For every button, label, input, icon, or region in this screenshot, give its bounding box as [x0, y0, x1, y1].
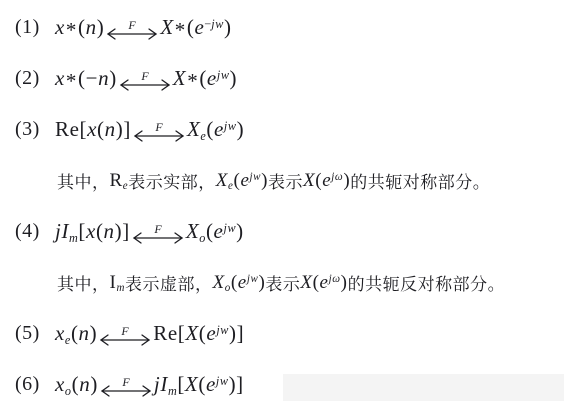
- fourier-transform-arrow-icon: F: [99, 370, 153, 400]
- formula-row-6: (6) xo(n) F jIm[X(ejw)]: [0, 359, 564, 410]
- formula-lhs: Re[x(n)]: [55, 117, 131, 142]
- arrow-label: F: [121, 324, 130, 338]
- note-text: 表示: [265, 270, 300, 295]
- formula-lhs: jIm[x(n)]: [55, 219, 130, 244]
- formula-rhs: Xe(ejw): [187, 117, 244, 142]
- note-math: Xe(ejw): [216, 170, 268, 192]
- formula-rhs: X*(ejw): [173, 66, 237, 91]
- note-text: 表示虚部，: [125, 270, 213, 295]
- arrow-label: F: [140, 69, 149, 83]
- note-conjugate-antisymmetric: 其中，Im 表示虚部， Xo(ejw) 表示 X(ejω) 的共轭反对称部分。: [0, 257, 564, 308]
- formula-number: (4): [15, 220, 55, 243]
- formula-row-5: (5) xe(n) F Re[X(ejw)]: [0, 308, 564, 359]
- arrow-label: F: [153, 222, 162, 236]
- document-page: (1) x*(n) F X*(e−jw) (2) x*(−n) F X*(ejw…: [0, 0, 564, 414]
- note-math: X(ejω): [300, 272, 347, 294]
- formula-number: (6): [15, 373, 55, 396]
- note-math: Re: [110, 170, 129, 192]
- fourier-transform-arrow-icon: F: [132, 115, 186, 145]
- formula-number: (2): [15, 67, 55, 90]
- note-math: Xo(ejw): [213, 272, 266, 294]
- note-math: X(ejω): [303, 170, 350, 192]
- formula-lhs: x*(−n): [55, 66, 117, 91]
- formula-row-1: (1) x*(n) F X*(e−jw): [0, 2, 564, 53]
- formula-lhs: xo(n): [55, 372, 98, 397]
- arrow-label: F: [154, 120, 163, 134]
- formula-lhs: xe(n): [55, 321, 97, 346]
- arrow-label: F: [121, 375, 130, 389]
- formula-lhs: x*(n): [55, 15, 104, 40]
- formula-number: (1): [15, 16, 55, 39]
- formula-number: (5): [15, 322, 55, 345]
- note-text: 的共轭反对称部分。: [348, 270, 506, 295]
- fourier-transform-arrow-icon: F: [98, 319, 152, 349]
- note-conjugate-symmetric: 其中，Re 表示实部， Xe(ejw) 表示 X(ejω) 的共轭对称部分。: [0, 155, 564, 206]
- note-text: 的共轭对称部分。: [350, 168, 490, 193]
- fourier-transform-arrow-icon: F: [105, 13, 159, 43]
- formula-rhs: Xo(ejw): [186, 219, 244, 244]
- formula-rhs: Re[X(ejw)]: [153, 321, 244, 346]
- fourier-transform-arrow-icon: F: [118, 64, 172, 94]
- formula-number: (3): [15, 118, 55, 141]
- note-text: 表示: [268, 168, 303, 193]
- note-text: 其中，: [57, 270, 110, 295]
- formula-row-4: (4) jIm[x(n)] F Xo(ejw): [0, 206, 564, 257]
- formula-row-2: (2) x*(−n) F X*(ejw): [0, 53, 564, 104]
- formula-rhs: jIm[X(ejw)]: [154, 372, 244, 397]
- arrow-label: F: [128, 18, 137, 32]
- note-math: Im: [110, 272, 126, 294]
- formula-rhs: X*(e−jw): [160, 15, 231, 40]
- note-text: 其中，: [57, 168, 110, 193]
- note-text: 表示实部，: [128, 168, 216, 193]
- fourier-transform-arrow-icon: F: [131, 217, 185, 247]
- formula-row-3: (3) Re[x(n)] F Xe(ejw): [0, 104, 564, 155]
